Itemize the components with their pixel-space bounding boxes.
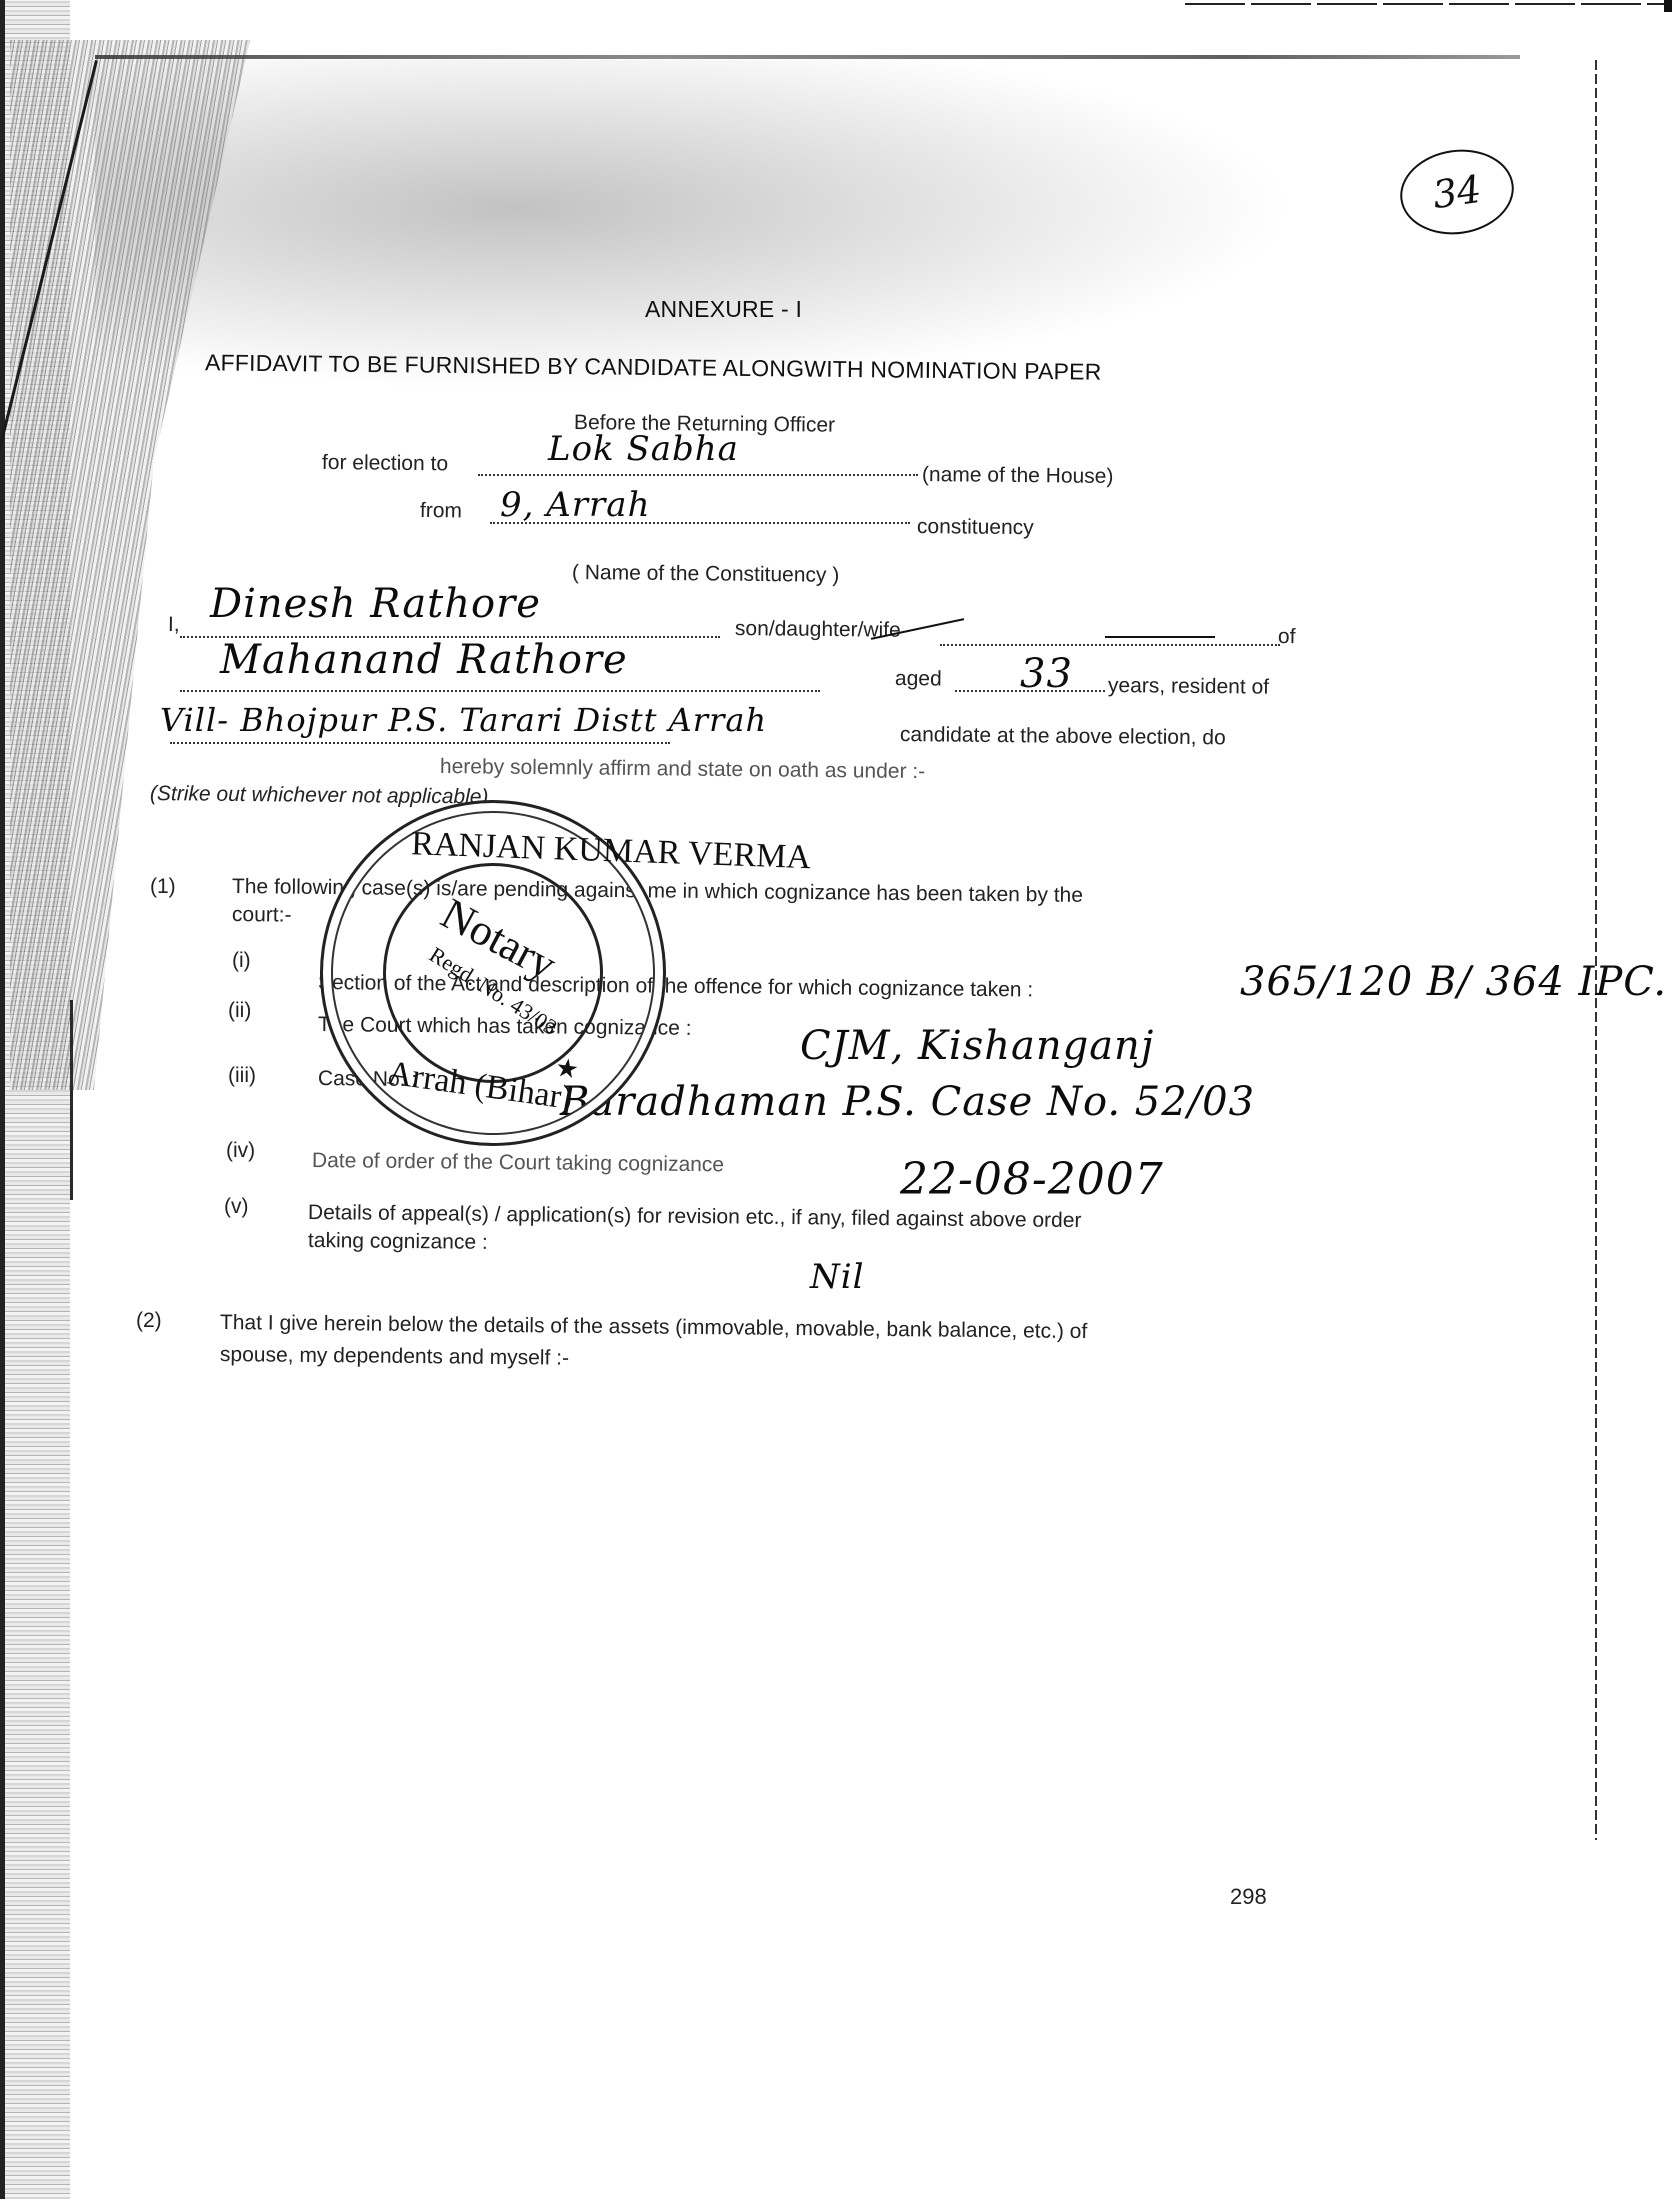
address-dotted-line [170,742,670,744]
relation-dotted-line [940,644,1280,646]
parent-dotted-line [180,690,820,692]
section2-line2: spouse, my dependents and myself :- [220,1344,569,1369]
item-ii-number: (ii) [228,1000,251,1021]
item-iii-number: (iii) [228,1065,256,1086]
affidavit-page: 34 ANNEXURE - I AFFIDAVIT TO BE FURNISHE… [0,0,1672,2199]
star-icon: ★ [553,1053,580,1086]
section1-number: (1) [150,876,176,897]
section2-line1: That I give herein below the details of … [220,1312,1087,1342]
address-handwritten-value: Vill- Bhojpur P.S. Tarari Distt Arrah [160,704,767,736]
election-handwritten-value: Lok Sabha [548,432,739,466]
house-suffix: (name of the House) [922,464,1114,487]
item-iv-number: (iv) [226,1140,255,1161]
election-label: for election to [322,452,448,474]
item-iv-label: Date of order of the Court taking cogniz… [312,1150,724,1175]
from-label: from [420,500,462,521]
years-resident-label: years, resident of [1108,675,1269,698]
printed-page-number: 298 [1230,1886,1267,1908]
item-i-number: (i) [232,950,251,971]
relation-dash-mark [1105,636,1215,638]
section2-number: (2) [136,1310,162,1331]
circled-page-number-text: 34 [1430,167,1484,217]
item-v-handwritten-value: Nil [810,1260,865,1294]
constituency-handwritten-value: 9, Arrah [500,488,650,522]
item-iv-handwritten-value: 22-08-2007 [900,1158,1164,1202]
relation-of: of [1278,626,1296,647]
item-ii-handwritten-value: CJM, Kishanganj [800,1026,1154,1066]
scan-top-rule [1185,3,1672,5]
scan-edge-left [0,0,5,2199]
annexure-heading: ANNEXURE - I [645,298,802,321]
constituency-suffix: constituency [917,516,1034,538]
affirm-line: hereby solemnly affirm and state on oath… [440,756,925,782]
circled-page-number: 34 [1395,142,1520,241]
scan-shadow-top [95,60,1295,390]
constituency-note: ( Name of the Constituency ) [572,562,839,586]
item-v-label-cont: taking cognizance : [308,1230,488,1253]
age-handwritten-value: 33 [1020,654,1073,694]
item-v-label: Details of appeal(s) / application(s) fo… [308,1202,1082,1231]
item-iii-handwritten-value: Baradhaman P.S. Case No. 52/03 [560,1082,1255,1122]
scan-corner-mark [1664,0,1672,12]
section1-intro-line2: court:- [232,904,292,926]
item-v-number: (v) [224,1196,249,1217]
aged-label: aged [895,668,942,689]
item-i-handwritten-value: 365/120 B/ 364 IPC. [1240,962,1667,1002]
parent-handwritten-name: Mahanand Rathore [220,640,628,680]
paper-fold-line [70,1000,73,1200]
paper-top-edge [95,55,1520,59]
candidate-handwritten-name: Dinesh Rathore [210,584,541,624]
strike-out-note: (Strike out whichever not applicable) [150,783,489,808]
election-dotted-line [478,474,918,476]
paper-right-edge [1595,60,1597,1840]
name-prefix: I, [168,614,180,635]
candidate-clause: candidate at the above election, do [900,724,1226,748]
